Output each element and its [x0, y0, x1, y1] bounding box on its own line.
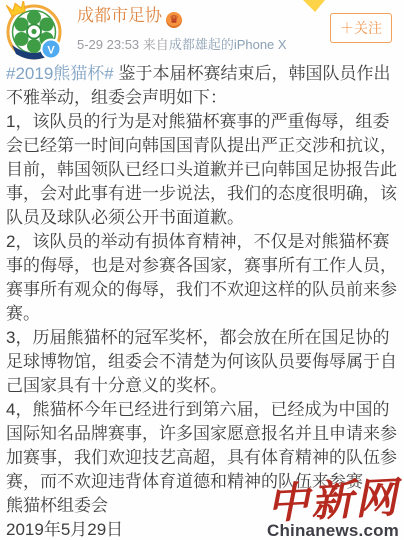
username[interactable]: 成都市足协	[77, 6, 162, 25]
post-paragraph: 1，该队员的行为是对熊猫杯赛事的严重侮辱，组委会已经第一时间向韩国国青队提出严正…	[6, 110, 398, 230]
vip-crown-icon: ♛	[166, 12, 182, 28]
post-paragraph: 4，熊猫杯今年已经进行到第六届，已经成为中国的国际知名品牌赛事，许多国家愿意报名…	[6, 398, 398, 494]
avatar[interactable]: V	[3, 1, 63, 61]
source-prefix: 来自	[143, 37, 169, 52]
post-paragraph: #2019熊猫杯# 鉴于本届杯赛结束后，韩国队员作出不雅举动，组委会声明如下：	[6, 62, 398, 110]
svg-text:V: V	[47, 45, 55, 57]
post-meta: 5-29 23:53 来自成都雄起的iPhone X	[77, 34, 287, 53]
user-info: 成都市足协♛ 5-29 23:53 来自成都雄起的iPhone X	[77, 6, 287, 53]
timestamp: 5-29 23:53	[77, 37, 139, 52]
post-paragraph: 2，该队员的举动有损体育精神，不仅是对熊猫杯赛事的侮辱，也是对参赛各国家，赛事所…	[6, 230, 398, 326]
post-content: #2019熊猫杯# 鉴于本届杯赛结束后，韩国队员作出不雅举动，组委会声明如下： …	[0, 62, 404, 540]
yellow-deco-shape	[303, 0, 325, 12]
post-signature: 熊猫杯组委会	[6, 494, 398, 518]
hashtag-link[interactable]: #2019熊猫杯#	[6, 64, 114, 83]
verified-badge-icon: V	[42, 40, 61, 59]
post-date: 2019年5月29日	[6, 518, 398, 540]
post-paragraph: 3，历届熊猫杯的冠军奖杯，都会放在所在国足协的足球博物馆，组委会不清楚为何该队员…	[6, 326, 398, 398]
follow-button[interactable]: ＋关注	[330, 13, 392, 43]
source-link[interactable]: 成都雄起的iPhone X	[169, 37, 287, 52]
weibo-post: V 成都市足协♛ 5-29 23:53 来自成都雄起的iPhone X ＋关注 …	[0, 0, 404, 540]
post-header: V 成都市足协♛ 5-29 23:53 来自成都雄起的iPhone X ＋关注	[0, 0, 404, 58]
club-logo-icon: V	[3, 1, 63, 61]
